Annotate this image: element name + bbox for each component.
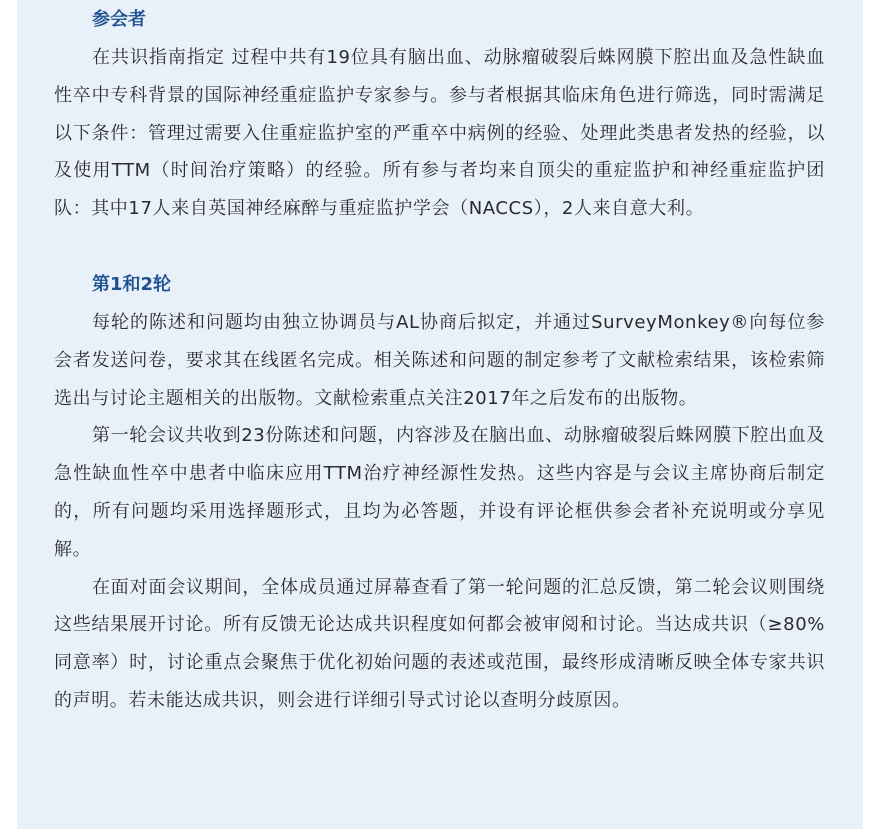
section-rounds-1-and-2: 第1和2轮 每轮的陈述和问题均由独立协调员与AL协商后拟定，并通过SurveyM… xyxy=(54,266,825,720)
paragraph-round-one: 第一轮会议共收到23份陈述和问题，内容涉及在脑出血、动脉瘤破裂后蛛网膜下腔出血及… xyxy=(54,417,825,568)
paragraph-survey-method: 每轮的陈述和问题均由独立协调员与AL协商后拟定，并通过SurveyMonkey®… xyxy=(54,304,825,417)
section-spacer xyxy=(54,228,825,266)
paragraph-face-to-face-meeting: 在面对面会议期间，全体成员通过屏幕查看了第一轮问题的汇总反馈，第二轮会议则围绕这… xyxy=(54,569,825,720)
section-heading-rounds: 第1和2轮 xyxy=(54,266,825,304)
section-heading-participants: 参会者 xyxy=(54,1,825,39)
section-participants: 参会者 在共识指南指定 过程中共有19位具有脑出血、动脉瘤破裂后蛛网膜下腔出血及… xyxy=(54,0,825,228)
article-content-panel: 参会者 在共识指南指定 过程中共有19位具有脑出血、动脉瘤破裂后蛛网膜下腔出血及… xyxy=(17,0,863,829)
paragraph-participants: 在共识指南指定 过程中共有19位具有脑出血、动脉瘤破裂后蛛网膜下腔出血及急性缺血… xyxy=(54,39,825,228)
